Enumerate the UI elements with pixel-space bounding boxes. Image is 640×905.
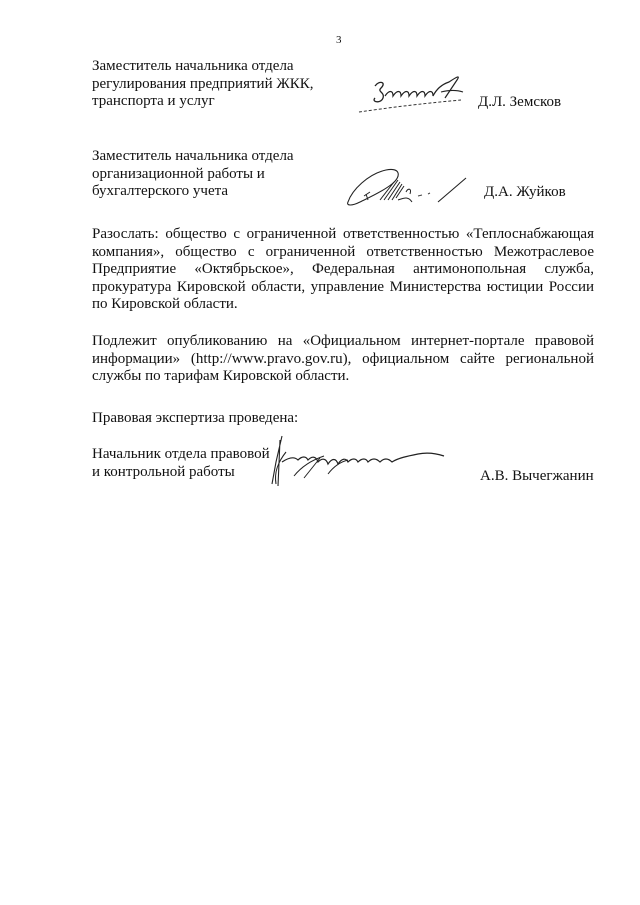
signatory-title-line: Заместитель начальника отдела — [92, 58, 314, 76]
signatory-title: Заместитель начальника отдела регулирова… — [92, 58, 314, 111]
signatory-title-line: регулирования предприятий ЖКК, — [92, 76, 314, 94]
signatory-title-line: организационной работы и — [92, 166, 294, 184]
publication-paragraph: Подлежит опубликованию на «Официальном и… — [92, 333, 594, 386]
signatory-name: А.В. Вычегжанин — [480, 468, 594, 486]
legal-review-heading: Правовая экспертиза проведена: — [92, 410, 594, 428]
signatory-name: Д.А. Жуйков — [484, 184, 566, 202]
signatory-title-line: Начальник отдела правовой — [92, 446, 270, 464]
signatory-title-line: транспорта и услуг — [92, 93, 314, 111]
signature-block-zhuykov: Заместитель начальника отдела организаци… — [92, 148, 594, 208]
signatory-title-line: Заместитель начальника отдела — [92, 148, 294, 166]
signatory-title: Заместитель начальника отдела организаци… — [92, 148, 294, 201]
page-number: 3 — [336, 34, 342, 46]
signature-block-vychegzhanin: Начальник отдела правовой и контрольной … — [92, 446, 594, 496]
handwritten-signature-zhuykov-icon — [342, 162, 482, 210]
handwritten-signature-vychegzhanin-icon — [268, 432, 448, 490]
signatory-title-line: бухгалтерского учета — [92, 183, 294, 201]
signature-block-zemskov: Заместитель начальника отдела регулирова… — [92, 58, 594, 128]
signatory-title-line: и контрольной работы — [92, 464, 270, 482]
handwritten-signature-zemskov-icon — [357, 68, 487, 116]
signatory-name: Д.Л. Земсков — [478, 94, 561, 112]
distribution-paragraph: Разослать: общество с ограниченной ответ… — [92, 226, 594, 314]
signatory-title: Начальник отдела правовой и контрольной … — [92, 446, 270, 481]
